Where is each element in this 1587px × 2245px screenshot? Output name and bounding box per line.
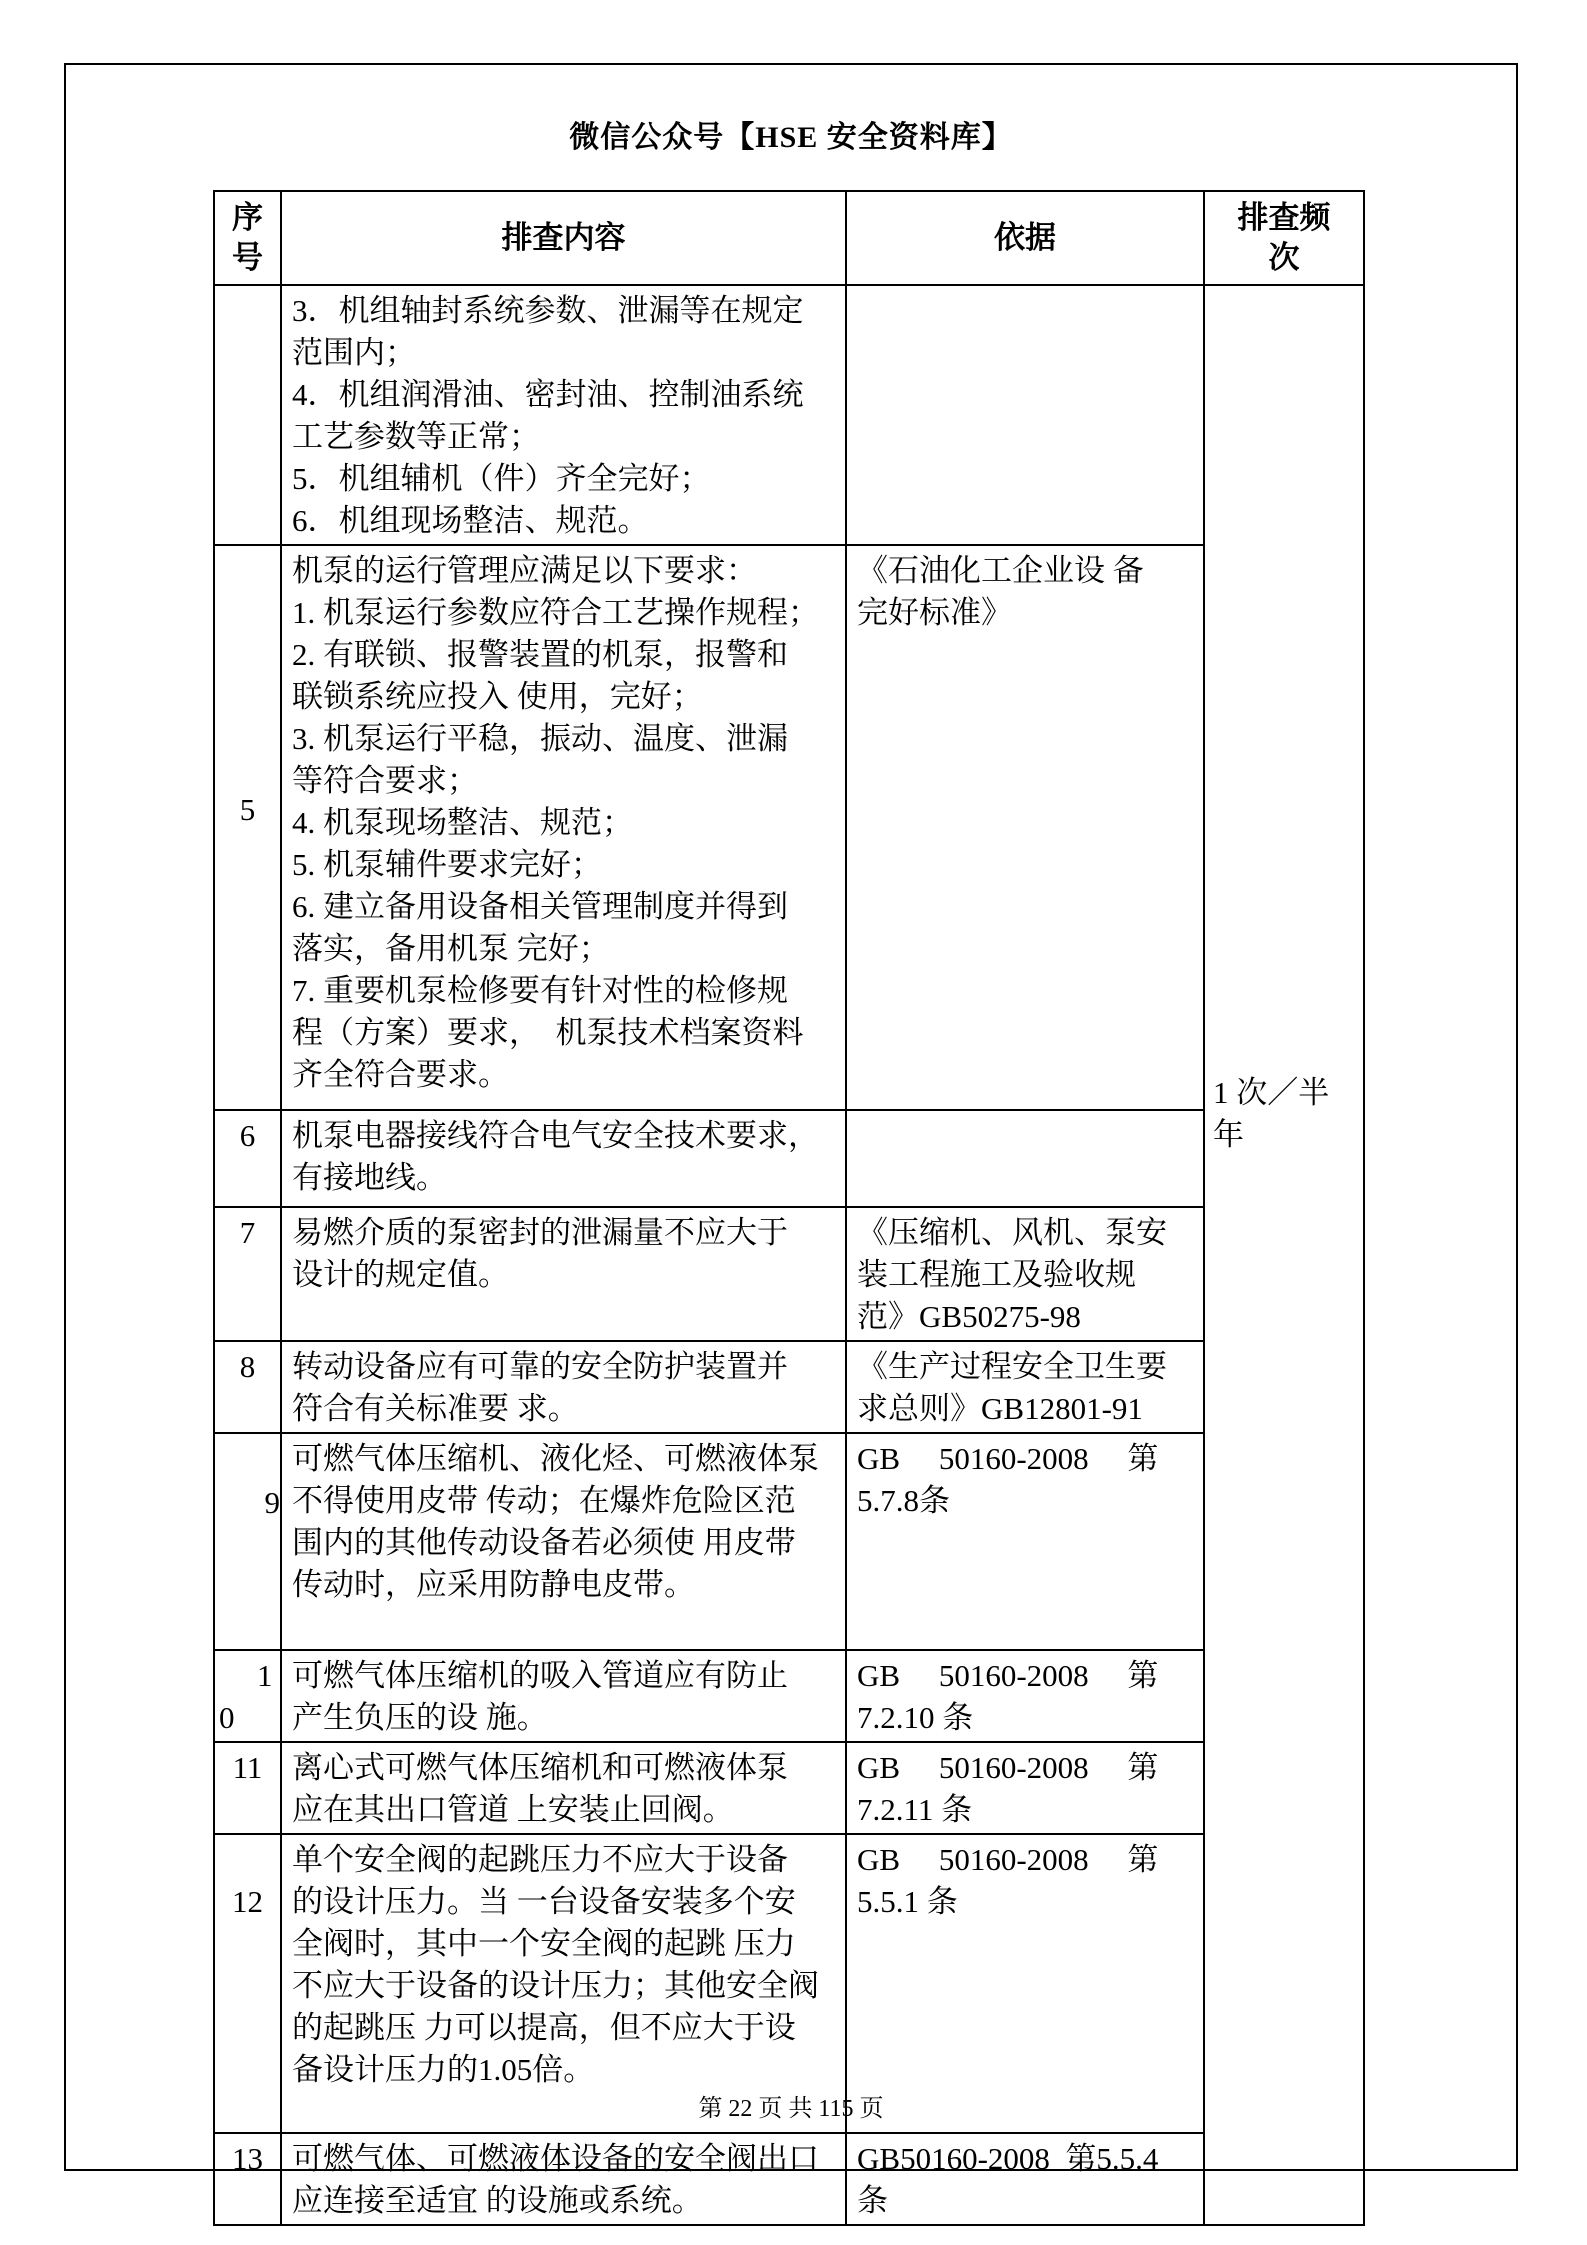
table-row: 13 可燃气体、可燃液体设备的安全阀出口 应连接至适宜 的设施或系统。 GB50… (214, 2133, 1364, 2225)
row-content-cell: 机泵电器接线符合电气安全技术要求， 有接地线。 (281, 1110, 846, 1207)
table-row: 7 易燃介质的泵密封的泄漏量不应大于 设计的规定值。 《压缩机、风机、泵安 装工… (214, 1207, 1364, 1341)
row-content-cell: 离心式可燃气体压缩机和可燃液体泵 应在其出口管道 上安装止回阀。 (281, 1742, 846, 1834)
row-number-cell (214, 285, 281, 545)
row-number-cell: 5 (214, 545, 281, 1110)
row-number-cell: 11 (214, 1742, 281, 1834)
table-row: 1 0 可燃气体压缩机的吸入管道应有防止 产生负压的设 施。 GB 50160-… (214, 1650, 1364, 1742)
table-row: 8 转动设备应有可靠的安全防护装置并 符合有关标准要 求。 《生产过程安全卫生要… (214, 1341, 1364, 1433)
row-content-cell: 机泵的运行管理应满足以下要求： 1. 机泵运行参数应符合工艺操作规程； 2. 有… (281, 545, 846, 1110)
page-footer: 第 22 页 共 115 页 (64, 2088, 1518, 2123)
row-content-cell: 3．机组轴封系统参数、泄漏等在规定 范围内； 4．机组润滑油、密封油、控制油系统… (281, 285, 846, 545)
table-row: 3．机组轴封系统参数、泄漏等在规定 范围内； 4．机组润滑油、密封油、控制油系统… (214, 285, 1364, 545)
column-header-frequency: 排查频 次 (1204, 191, 1364, 285)
row-basis-cell (846, 285, 1204, 545)
row-number-cell: 13 (214, 2133, 281, 2225)
row-basis-cell: 《压缩机、风机、泵安 装工程施工及验收规 范》GB50275-98 (846, 1207, 1204, 1341)
frequency-merged-cell: 1 次／半 年 (1204, 285, 1364, 2225)
document-page: 微信公众号【HSE 安全资料库】 序 号 排查内容 依据 排查频 次 3．机组轴… (0, 0, 1587, 2245)
document-header: 微信公众号【HSE 安全资料库】 (64, 112, 1518, 156)
row-number-cell: 1 0 (214, 1650, 281, 1742)
column-header-number: 序 号 (214, 191, 281, 285)
column-header-content: 排查内容 (281, 191, 846, 285)
column-header-basis: 依据 (846, 191, 1204, 285)
row-basis-cell: GB50160-2008 第5.5.4 条 (846, 2133, 1204, 2225)
row-basis-cell: GB 50160-2008 第 5.7.8条 (846, 1433, 1204, 1650)
row-number-cell: 7 (214, 1207, 281, 1341)
row-content-cell: 可燃气体、可燃液体设备的安全阀出口 应连接至适宜 的设施或系统。 (281, 2133, 846, 2225)
row-content-cell: 可燃气体压缩机、液化烃、可燃液体泵 不得使用皮带 传动；在爆炸危险区范 围内的其… (281, 1433, 846, 1650)
table-row: 5 机泵的运行管理应满足以下要求： 1. 机泵运行参数应符合工艺操作规程； 2.… (214, 545, 1364, 1110)
row-number-cell: 9 (214, 1433, 281, 1650)
table-row: 11 离心式可燃气体压缩机和可燃液体泵 应在其出口管道 上安装止回阀。 GB 5… (214, 1742, 1364, 1834)
row-number-cell: 6 (214, 1110, 281, 1207)
row-basis-cell: 《石油化工企业设 备 完好标准》 (846, 545, 1204, 1110)
row-content-cell: 转动设备应有可靠的安全防护装置并 符合有关标准要 求。 (281, 1341, 846, 1433)
row-basis-cell (846, 1110, 1204, 1207)
row-basis-cell: GB 50160-2008 第 7.2.10 条 (846, 1650, 1204, 1742)
table-row: 6 机泵电器接线符合电气安全技术要求， 有接地线。 (214, 1110, 1364, 1207)
row-content-cell: 易燃介质的泵密封的泄漏量不应大于 设计的规定值。 (281, 1207, 846, 1341)
table-row: 9 可燃气体压缩机、液化烃、可燃液体泵 不得使用皮带 传动；在爆炸危险区范 围内… (214, 1433, 1364, 1650)
table-header-row: 序 号 排查内容 依据 排查频 次 (214, 191, 1364, 285)
row-content-cell: 可燃气体压缩机的吸入管道应有防止 产生负压的设 施。 (281, 1650, 846, 1742)
row-basis-cell: GB 50160-2008 第 7.2.11 条 (846, 1742, 1204, 1834)
row-number-cell: 8 (214, 1341, 281, 1433)
frequency-note: 1 次／半 年 (1213, 1072, 1361, 1156)
row-basis-cell: 《生产过程安全卫生要 求总则》GB12801-91 (846, 1341, 1204, 1433)
inspection-table: 序 号 排查内容 依据 排查频 次 3．机组轴封系统参数、泄漏等在规定 范围内；… (213, 190, 1365, 2226)
